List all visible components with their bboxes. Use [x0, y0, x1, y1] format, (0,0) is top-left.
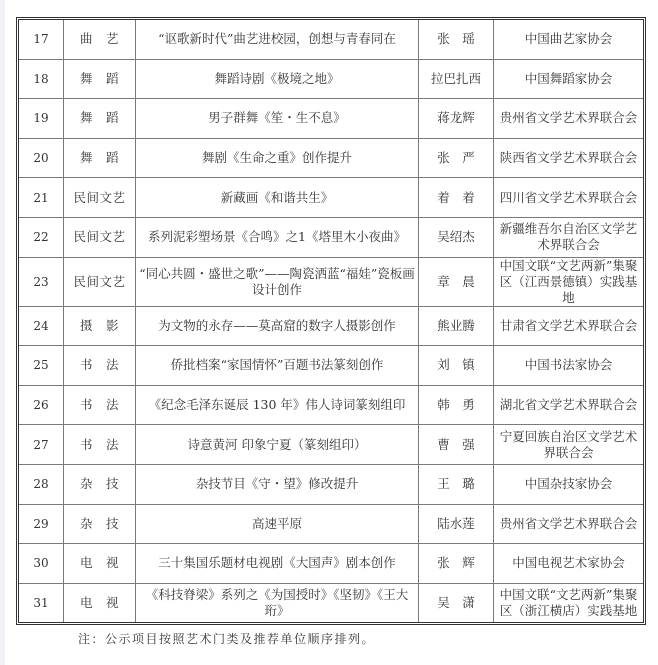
row-number: 22 [19, 217, 64, 257]
row-author: 熊业腾 [419, 306, 494, 346]
table-row: 30电 视三十集国乐题材电视剧《大国声》剧本创作张 辉中国电视艺术家协会 [19, 544, 643, 584]
row-author: 韩 勇 [419, 385, 494, 425]
row-unit: 中国舞蹈家协会 [494, 59, 644, 99]
row-category: 民间文艺 [64, 178, 136, 218]
row-category: 书 法 [64, 346, 136, 386]
table-row: 25书 法侨批档案“家国情怀”百题书法篆刻创作刘 镇中国书法家协会 [19, 346, 643, 386]
row-number: 25 [19, 346, 64, 386]
table-row: 17曲 艺“讴歌新时代”曲艺进校园，创想与青春同在张 瑶中国曲艺家协会 [19, 20, 643, 59]
row-unit: 四川省文学艺术界联合会 [494, 178, 644, 218]
row-number: 17 [19, 20, 64, 59]
row-unit: 新疆维吾尔自治区文学艺术界联合会 [494, 217, 644, 257]
row-title: 男子群舞《笙・生不息》 [136, 99, 419, 139]
row-author: 吴 潇 [419, 583, 494, 622]
row-author: 拉巴扎西 [419, 59, 494, 99]
table-row: 26书 法《纪念毛泽东诞辰 130 年》伟人诗词篆刻组印韩 勇湖北省文学艺术界联… [19, 385, 643, 425]
row-category: 民间文艺 [64, 257, 136, 306]
row-title: 舞剧《生命之重》创作提升 [136, 138, 419, 178]
row-number: 28 [19, 464, 64, 504]
row-title: 杂技节目《守・望》修改提升 [136, 464, 419, 504]
row-unit: 湖北省文学艺术界联合会 [494, 385, 644, 425]
row-number: 29 [19, 504, 64, 544]
table-row: 20舞 蹈舞剧《生命之重》创作提升张 严陕西省文学艺术界联合会 [19, 138, 643, 178]
table-row: 27书 法诗意黄河 印象宁夏（篆刻组印）曹 强宁夏回族自治区文学艺术界联合会 [19, 425, 643, 465]
row-category: 书 法 [64, 425, 136, 465]
row-category: 电 视 [64, 544, 136, 584]
table-row: 21民间文艺新藏画《和谐共生》着 着四川省文学艺术界联合会 [19, 178, 643, 218]
row-title: 《纪念毛泽东诞辰 130 年》伟人诗词篆刻组印 [136, 385, 419, 425]
table-row: 24摄 影为文物的永存——莫高窟的数字人摄影创作熊业腾甘肃省文学艺术界联合会 [19, 306, 643, 346]
row-category: 杂 技 [64, 464, 136, 504]
row-author: 张 辉 [419, 544, 494, 584]
row-unit: 中国电视艺术家协会 [494, 544, 644, 584]
row-number: 19 [19, 99, 64, 139]
row-category: 电 视 [64, 583, 136, 622]
row-category: 曲 艺 [64, 20, 136, 59]
row-number: 20 [19, 138, 64, 178]
page-margin-strip [0, 0, 5, 665]
table-row: 31电 视《科技脊梁》系列之《为国授时》《坚韧》《王大珩》吴 潇中国文联“文艺两… [19, 583, 643, 622]
row-unit: 中国曲艺家协会 [494, 20, 644, 59]
row-title: 三十集国乐题材电视剧《大国声》剧本创作 [136, 544, 419, 584]
row-category: 舞 蹈 [64, 99, 136, 139]
footnote: 注：公示项目按照艺术门类及推荐单位顺序排列。 [78, 630, 375, 647]
row-number: 18 [19, 59, 64, 99]
row-unit: 中国文联“文艺两新”集聚区（浙江横店）实践基地 [494, 583, 644, 622]
row-unit: 陕西省文学艺术界联合会 [494, 138, 644, 178]
project-table: 17曲 艺“讴歌新时代”曲艺进校园，创想与青春同在张 瑶中国曲艺家协会 18舞 … [16, 17, 646, 625]
row-number: 27 [19, 425, 64, 465]
row-title: 系列泥彩塑场景《合鸣》之1《塔里木小夜曲》 [136, 217, 419, 257]
table-row: 22民间文艺系列泥彩塑场景《合鸣》之1《塔里木小夜曲》吴绍杰新疆维吾尔自治区文学… [19, 217, 643, 257]
row-title: 为文物的永存——莫高窟的数字人摄影创作 [136, 306, 419, 346]
table-row: 28杂 技杂技节目《守・望》修改提升王 璐中国杂技家协会 [19, 464, 643, 504]
row-title: 《科技脊梁》系列之《为国授时》《坚韧》《王大珩》 [136, 583, 419, 622]
row-number: 21 [19, 178, 64, 218]
row-category: 舞 蹈 [64, 59, 136, 99]
row-number: 23 [19, 257, 64, 306]
table-row: 29杂 技高速平原陆水莲贵州省文学艺术界联合会 [19, 504, 643, 544]
row-author: 章 晨 [419, 257, 494, 306]
row-title: 舞蹈诗剧《极境之地》 [136, 59, 419, 99]
row-author: 王 璐 [419, 464, 494, 504]
row-author: 刘 镇 [419, 346, 494, 386]
row-author: 蒋龙辉 [419, 99, 494, 139]
row-unit: 贵州省文学艺术界联合会 [494, 504, 644, 544]
row-unit: 贵州省文学艺术界联合会 [494, 99, 644, 139]
row-unit: 中国文联“文艺两新”集聚区（江西景德镇）实践基地 [494, 257, 644, 306]
row-author: 吴绍杰 [419, 217, 494, 257]
row-unit: 中国杂技家协会 [494, 464, 644, 504]
row-category: 舞 蹈 [64, 138, 136, 178]
row-number: 30 [19, 544, 64, 584]
row-category: 书 法 [64, 385, 136, 425]
row-author: 张 瑶 [419, 20, 494, 59]
row-author: 陆水莲 [419, 504, 494, 544]
row-category: 民间文艺 [64, 217, 136, 257]
row-title: 新藏画《和谐共生》 [136, 178, 419, 218]
row-number: 24 [19, 306, 64, 346]
row-title: “讴歌新时代”曲艺进校园，创想与青春同在 [136, 20, 419, 59]
table-row: 23民间文艺“同心共圆・盛世之歌”——陶瓷洒蓝“福娃”瓷板画设计创作章 晨中国文… [19, 257, 643, 306]
row-category: 杂 技 [64, 504, 136, 544]
row-author: 张 严 [419, 138, 494, 178]
row-author: 曹 强 [419, 425, 494, 465]
table-row: 18舞 蹈舞蹈诗剧《极境之地》拉巴扎西中国舞蹈家协会 [19, 59, 643, 99]
row-author: 着 着 [419, 178, 494, 218]
row-unit: 宁夏回族自治区文学艺术界联合会 [494, 425, 644, 465]
row-number: 26 [19, 385, 64, 425]
table-row: 19舞 蹈男子群舞《笙・生不息》蒋龙辉贵州省文学艺术界联合会 [19, 99, 643, 139]
row-category: 摄 影 [64, 306, 136, 346]
row-number: 31 [19, 583, 64, 622]
row-title: 侨批档案“家国情怀”百题书法篆刻创作 [136, 346, 419, 386]
row-unit: 甘肃省文学艺术界联合会 [494, 306, 644, 346]
row-title: “同心共圆・盛世之歌”——陶瓷洒蓝“福娃”瓷板画设计创作 [136, 257, 419, 306]
row-unit: 中国书法家协会 [494, 346, 644, 386]
row-title: 高速平原 [136, 504, 419, 544]
row-title: 诗意黄河 印象宁夏（篆刻组印） [136, 425, 419, 465]
